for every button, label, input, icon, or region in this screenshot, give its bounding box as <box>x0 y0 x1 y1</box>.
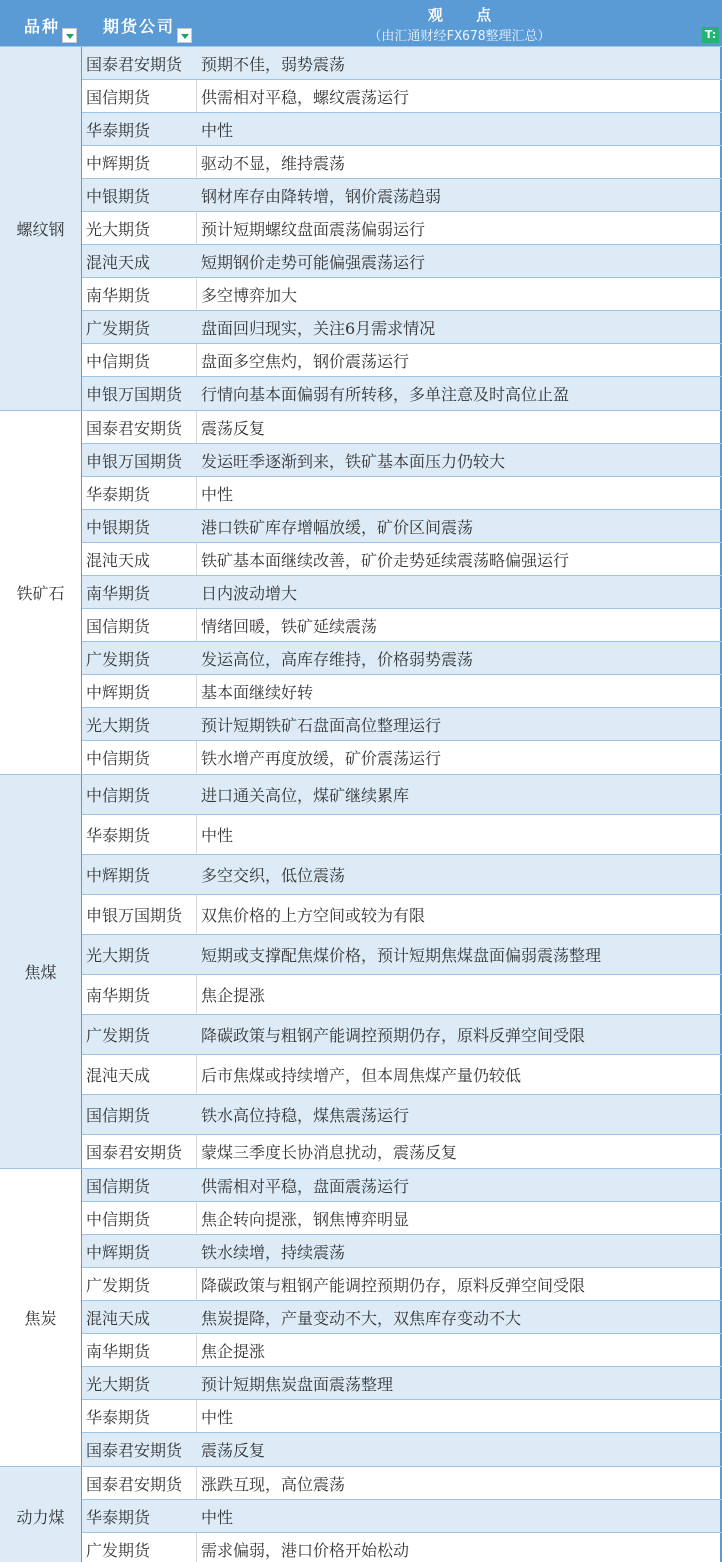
company-cell[interactable]: 国信期货 <box>82 80 197 112</box>
view-cell[interactable]: 港口铁矿库存增幅放缓，矿价区间震荡 <box>197 510 722 542</box>
company-cell[interactable]: 中信期货 <box>82 775 197 814</box>
company-cell[interactable]: 广发期货 <box>82 642 197 674</box>
view-cell[interactable]: 日内波动增大 <box>197 576 722 608</box>
company-cell[interactable]: 华泰期货 <box>82 815 197 854</box>
group-coking-coal: 焦煤 中信期货进口通关高位，煤矿继续累库 华泰期货中性 中辉期货多空交织，低位震… <box>0 775 722 1169</box>
view-cell[interactable]: 双焦价格的上方空间或较为有限 <box>197 895 722 934</box>
variety-cell[interactable]: 铁矿石 <box>0 411 82 774</box>
view-cell[interactable]: 焦炭提降，产量变动不大，双焦库存变动不大 <box>197 1301 722 1333</box>
company-cell[interactable]: 华泰期货 <box>82 1400 197 1432</box>
view-cell[interactable]: 行情向基本面偏弱有所转移，多单注意及时高位止盈 <box>197 377 722 410</box>
table-row[interactable]: 国泰君安期货震荡反复 <box>82 1433 722 1466</box>
company-cell[interactable]: 光大期货 <box>82 935 197 974</box>
company-cell[interactable]: 中辉期货 <box>82 1235 197 1267</box>
variety-cell[interactable]: 焦炭 <box>0 1169 82 1466</box>
view-cell[interactable]: 震荡反复 <box>197 411 722 443</box>
company-cell[interactable]: 国泰君安期货 <box>82 411 197 443</box>
company-cell[interactable]: 国信期货 <box>82 609 197 641</box>
company-cell[interactable]: 南华期货 <box>82 975 197 1014</box>
view-cell[interactable]: 后市焦煤或持续增产，但本周焦煤产量仍较低 <box>197 1055 722 1094</box>
table-row[interactable]: 中辉期货多空交织，低位震荡 <box>82 855 722 895</box>
filter-dropdown-icon[interactable] <box>177 28 192 43</box>
view-cell[interactable]: 焦企转向提涨，钢焦博弈明显 <box>197 1202 722 1234</box>
view-cell[interactable]: 多空博弈加大 <box>197 278 722 310</box>
view-cell[interactable]: 发运高位，高库存维持，价格弱势震荡 <box>197 642 722 674</box>
group-iron-ore: 铁矿石 国泰君安期货震荡反复 申银万国期货发运旺季逐渐到来，铁矿基本面压力仍较大… <box>0 411 722 775</box>
view-cell[interactable]: 蒙煤三季度长协消息扰动，震荡反复 <box>197 1135 722 1168</box>
table-row[interactable]: 中信期货盘面多空焦灼，钢价震荡运行 <box>82 344 722 377</box>
column-header-variety-label: 品种 <box>24 14 60 37</box>
view-cell[interactable]: 涨跌互现，高位震荡 <box>197 1467 722 1499</box>
variety-cell[interactable]: 动力煤 <box>0 1467 82 1562</box>
table-row[interactable]: 南华期货焦企提涨 <box>82 1334 722 1367</box>
company-cell[interactable]: 华泰期货 <box>82 477 197 509</box>
table-row[interactable]: 南华期货多空博弈加大 <box>82 278 722 311</box>
futures-views-table: 品种 期货公司 观 点 （由汇通财经FX678整理汇总） T: 螺纹钢 国泰君安… <box>0 0 722 1562</box>
company-cell[interactable]: 中信期货 <box>82 741 197 774</box>
column-header-company-label: 期货公司 <box>103 14 175 37</box>
company-cell[interactable]: 光大期货 <box>82 1367 197 1399</box>
table-row[interactable]: 中信期货进口通关高位，煤矿继续累库 <box>82 775 722 815</box>
table-row[interactable]: 混沌天成焦炭提降，产量变动不大，双焦库存变动不大 <box>82 1301 722 1334</box>
group-rebar: 螺纹钢 国泰君安期货预期不佳，弱势震荡 国信期货供需相对平稳，螺纹震荡运行 华泰… <box>0 47 722 411</box>
table-row[interactable]: 中辉期货驱动不显，维持震荡 <box>82 146 722 179</box>
company-cell[interactable]: 中辉期货 <box>82 855 197 894</box>
company-cell[interactable]: 广发期货 <box>82 311 197 343</box>
table-row[interactable]: 华泰期货中性 <box>82 477 722 510</box>
table-row[interactable]: 国信期货供需相对平稳，螺纹震荡运行 <box>82 80 722 113</box>
table-row[interactable]: 中辉期货铁水续增，持续震荡 <box>82 1235 722 1268</box>
table-row[interactable]: 光大期货短期或支撑配焦煤价格，预计短期焦煤盘面偏弱震荡整理 <box>82 935 722 975</box>
table-row[interactable]: 广发期货需求偏弱，港口价格开始松动 <box>82 1533 722 1562</box>
view-cell[interactable]: 降碳政策与粗钢产能调控预期仍存，原料反弹空间受限 <box>197 1268 722 1300</box>
view-cell[interactable]: 铁水续增，持续震荡 <box>197 1235 722 1267</box>
view-cell[interactable]: 中性 <box>197 477 722 509</box>
table-row[interactable]: 中信期货焦企转向提涨，钢焦博弈明显 <box>82 1202 722 1235</box>
company-cell[interactable]: 广发期货 <box>82 1268 197 1300</box>
table-row[interactable]: 华泰期货中性 <box>82 1400 722 1433</box>
company-cell[interactable]: 光大期货 <box>82 212 197 244</box>
company-cell[interactable]: 申银万国期货 <box>82 895 197 934</box>
company-cell[interactable]: 中银期货 <box>82 510 197 542</box>
view-cell[interactable]: 供需相对平稳，盘面震荡运行 <box>197 1169 722 1201</box>
view-cell[interactable]: 进口通关高位，煤矿继续累库 <box>197 775 722 814</box>
company-cell[interactable]: 华泰期货 <box>82 113 197 145</box>
company-cell[interactable]: 中辉期货 <box>82 675 197 707</box>
view-cell[interactable]: 焦企提涨 <box>197 975 722 1014</box>
view-cell[interactable]: 震荡反复 <box>197 1433 722 1466</box>
company-cell[interactable]: 广发期货 <box>82 1015 197 1054</box>
view-cell[interactable]: 情绪回暖，铁矿延续震荡 <box>197 609 722 641</box>
group-thermal-coal: 动力煤 国泰君安期货涨跌互现，高位震荡 华泰期货中性 广发期货需求偏弱，港口价格… <box>0 1467 722 1562</box>
view-cell[interactable]: 基本面继续好转 <box>197 675 722 707</box>
table-row[interactable]: 国泰君安期货预期不佳，弱势震荡 <box>82 47 722 80</box>
table-row[interactable]: 中银期货港口铁矿库存增幅放缓，矿价区间震荡 <box>82 510 722 543</box>
company-cell[interactable]: 广发期货 <box>82 1533 197 1562</box>
table-row[interactable]: 光大期货预计短期铁矿石盘面高位整理运行 <box>82 708 722 741</box>
view-cell[interactable]: 供需相对平稳，螺纹震荡运行 <box>197 80 722 112</box>
view-cell[interactable]: 预计短期焦炭盘面震荡整理 <box>197 1367 722 1399</box>
company-cell[interactable]: 南华期货 <box>82 576 197 608</box>
view-cell[interactable]: 中性 <box>197 1500 722 1532</box>
column-header-view-subtitle: （由汇通财经FX678整理汇总） <box>197 25 722 44</box>
table-row[interactable]: 国信期货情绪回暖，铁矿延续震荡 <box>82 609 722 642</box>
table-row[interactable]: 国信期货铁水高位持稳，煤焦震荡运行 <box>82 1095 722 1135</box>
table-row[interactable]: 华泰期货中性 <box>82 815 722 855</box>
group-coke: 焦炭 国信期货供需相对平稳，盘面震荡运行 中信期货焦企转向提涨，钢焦博弈明显 中… <box>0 1169 722 1467</box>
company-cell[interactable]: 国泰君安期货 <box>82 1433 197 1466</box>
company-cell[interactable]: 申银万国期货 <box>82 377 197 410</box>
view-cell[interactable]: 预计短期螺纹盘面震荡偏弱运行 <box>197 212 722 244</box>
table-row[interactable]: 中信期货铁水增产再度放缓，矿价震荡运行 <box>82 741 722 774</box>
table-row[interactable]: 国信期货供需相对平稳，盘面震荡运行 <box>82 1169 722 1202</box>
company-cell[interactable]: 中银期货 <box>82 179 197 211</box>
company-cell[interactable]: 华泰期货 <box>82 1500 197 1532</box>
table-row[interactable]: 广发期货盘面回归现实，关注6月需求情况 <box>82 311 722 344</box>
variety-cell[interactable]: 焦煤 <box>0 775 82 1168</box>
table-row[interactable]: 国泰君安期货蒙煤三季度长协消息扰动，震荡反复 <box>82 1135 722 1168</box>
view-cell[interactable]: 预计短期铁矿石盘面高位整理运行 <box>197 708 722 740</box>
table-row[interactable]: 中银期货钢材库存由降转增，钢价震荡趋弱 <box>82 179 722 212</box>
company-cell[interactable]: 国泰君安期货 <box>82 47 197 79</box>
view-cell[interactable]: 多空交织，低位震荡 <box>197 855 722 894</box>
company-cell[interactable]: 国泰君安期货 <box>82 1135 197 1168</box>
view-cell[interactable]: 盘面多空焦灼，钢价震荡运行 <box>197 344 722 376</box>
view-cell[interactable]: 短期钢价走势可能偏强震荡运行 <box>197 245 722 277</box>
table-row[interactable]: 光大期货预计短期螺纹盘面震荡偏弱运行 <box>82 212 722 245</box>
column-header-view-title: 观 点 <box>197 4 722 25</box>
view-cell[interactable]: 中性 <box>197 815 722 854</box>
company-cell[interactable]: 申银万国期货 <box>82 444 197 476</box>
filter-active-icon[interactable]: T: <box>702 27 719 43</box>
table-row[interactable]: 中辉期货基本面继续好转 <box>82 675 722 708</box>
view-cell[interactable]: 中性 <box>197 113 722 145</box>
view-cell[interactable]: 短期或支撑配焦煤价格，预计短期焦煤盘面偏弱震荡整理 <box>197 935 722 974</box>
table-row[interactable]: 广发期货降碳政策与粗钢产能调控预期仍存，原料反弹空间受限 <box>82 1268 722 1301</box>
company-cell[interactable]: 南华期货 <box>82 278 197 310</box>
table-row[interactable]: 华泰期货中性 <box>82 1500 722 1533</box>
view-cell[interactable]: 钢材库存由降转增，钢价震荡趋弱 <box>197 179 722 211</box>
view-cell[interactable]: 预期不佳，弱势震荡 <box>197 47 722 79</box>
table-row[interactable]: 混沌天成铁矿基本面继续改善，矿价走势延续震荡略偏强运行 <box>82 543 722 576</box>
view-cell[interactable]: 中性 <box>197 1400 722 1432</box>
view-cell[interactable]: 盘面回归现实，关注6月需求情况 <box>197 311 722 343</box>
filter-dropdown-icon[interactable] <box>62 28 77 43</box>
variety-cell[interactable]: 螺纹钢 <box>0 47 82 410</box>
table-row[interactable]: 光大期货预计短期焦炭盘面震荡整理 <box>82 1367 722 1400</box>
company-cell[interactable]: 国泰君安期货 <box>82 1467 197 1499</box>
company-cell[interactable]: 中辉期货 <box>82 146 197 178</box>
company-cell[interactable]: 混沌天成 <box>82 245 197 277</box>
table-row[interactable]: 南华期货焦企提涨 <box>82 975 722 1015</box>
table-row[interactable]: 广发期货发运高位，高库存维持，价格弱势震荡 <box>82 642 722 675</box>
table-row[interactable]: 广发期货降碳政策与粗钢产能调控预期仍存，原料反弹空间受限 <box>82 1015 722 1055</box>
company-cell[interactable]: 中信期货 <box>82 1202 197 1234</box>
company-cell[interactable]: 南华期货 <box>82 1334 197 1366</box>
view-cell[interactable]: 需求偏弱，港口价格开始松动 <box>197 1533 722 1562</box>
company-cell[interactable]: 混沌天成 <box>82 1055 197 1094</box>
table-row[interactable]: 申银万国期货行情向基本面偏弱有所转移，多单注意及时高位止盈 <box>82 377 722 410</box>
column-header-company[interactable]: 期货公司 <box>82 0 197 46</box>
view-cell[interactable]: 焦企提涨 <box>197 1334 722 1366</box>
table-row[interactable]: 混沌天成短期钢价走势可能偏强震荡运行 <box>82 245 722 278</box>
table-row[interactable]: 申银万国期货双焦价格的上方空间或较为有限 <box>82 895 722 935</box>
company-cell[interactable]: 国信期货 <box>82 1095 197 1134</box>
view-cell[interactable]: 铁水高位持稳，煤焦震荡运行 <box>197 1095 722 1134</box>
company-cell[interactable]: 光大期货 <box>82 708 197 740</box>
chevron-down-icon <box>181 34 189 39</box>
view-cell[interactable]: 铁水增产再度放缓，矿价震荡运行 <box>197 741 722 774</box>
company-cell[interactable]: 混沌天成 <box>82 543 197 575</box>
company-cell[interactable]: 混沌天成 <box>82 1301 197 1333</box>
table-row[interactable]: 混沌天成后市焦煤或持续增产，但本周焦煤产量仍较低 <box>82 1055 722 1095</box>
view-cell[interactable]: 驱动不显，维持震荡 <box>197 146 722 178</box>
table-row[interactable]: 国泰君安期货涨跌互现，高位震荡 <box>82 1467 722 1500</box>
view-cell[interactable]: 降碳政策与粗钢产能调控预期仍存，原料反弹空间受限 <box>197 1015 722 1054</box>
column-header-variety[interactable]: 品种 <box>0 0 82 46</box>
company-cell[interactable]: 中信期货 <box>82 344 197 376</box>
table-header: 品种 期货公司 观 点 （由汇通财经FX678整理汇总） T: <box>0 0 722 47</box>
company-cell[interactable]: 国信期货 <box>82 1169 197 1201</box>
table-row[interactable]: 国泰君安期货震荡反复 <box>82 411 722 444</box>
table-row[interactable]: 南华期货日内波动增大 <box>82 576 722 609</box>
view-cell[interactable]: 发运旺季逐渐到来，铁矿基本面压力仍较大 <box>197 444 722 476</box>
column-header-view[interactable]: 观 点 （由汇通财经FX678整理汇总） T: <box>197 0 722 46</box>
view-cell[interactable]: 铁矿基本面继续改善，矿价走势延续震荡略偏强运行 <box>197 543 722 575</box>
chevron-down-icon <box>66 34 74 39</box>
table-row[interactable]: 华泰期货中性 <box>82 113 722 146</box>
table-row[interactable]: 申银万国期货发运旺季逐渐到来，铁矿基本面压力仍较大 <box>82 444 722 477</box>
